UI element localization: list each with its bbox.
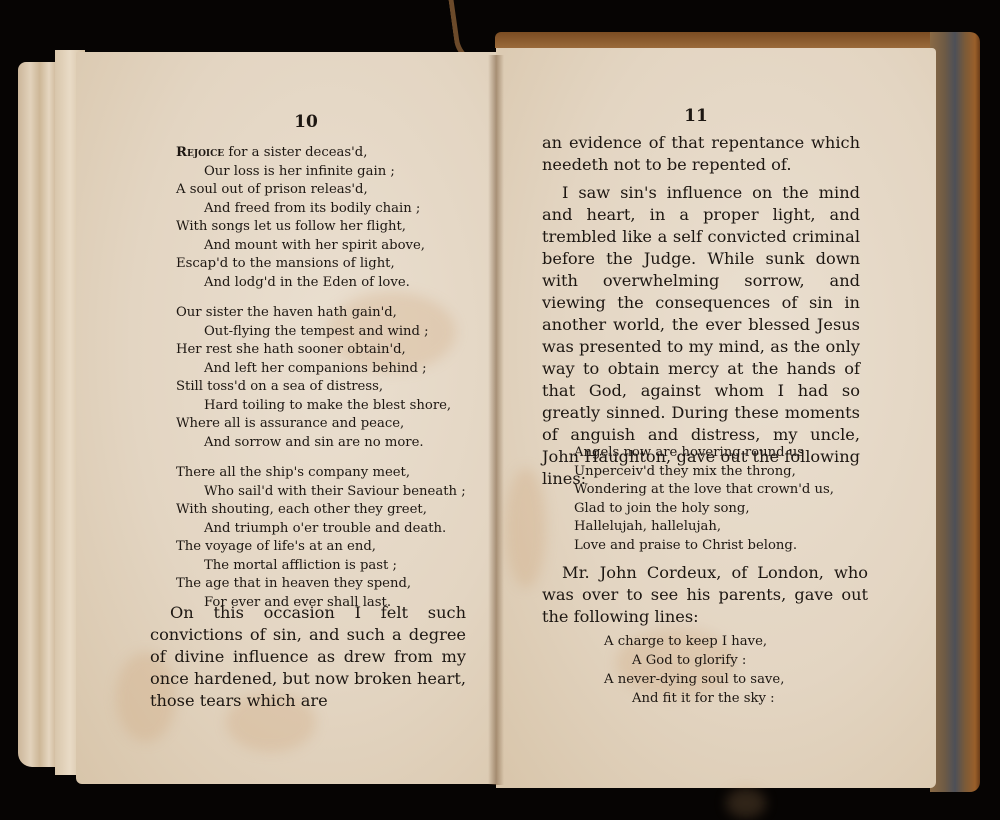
- hymn-line: Glad to join the holy song,: [574, 500, 834, 519]
- right-page: 11 an evidence of that repentance which …: [496, 48, 936, 788]
- poem-line: Out-flying the tempest and wind ;: [176, 323, 466, 342]
- poem-line: With shouting, each other they greet,: [176, 501, 466, 520]
- poem-line: The mortal affliction is past ;: [176, 557, 466, 576]
- poem-line: Hard toiling to make the blest shore,: [176, 397, 466, 416]
- poem-line: And freed from its bodily chain ;: [176, 200, 466, 219]
- hymn-angels: Angels now are hovering round us Unperce…: [574, 444, 834, 556]
- poem-line: And sorrow and sin are no more.: [176, 434, 466, 453]
- poem-line: Escap'd to the mansions of light,: [176, 255, 466, 274]
- page-number: 10: [276, 112, 336, 132]
- paragraph-text: an evidence of that repentance which nee…: [542, 132, 860, 176]
- prose-paragraph: On this occasion I felt such convictions…: [150, 602, 466, 712]
- prose-block: Mr. John Cordeux, of London, who was ove…: [542, 562, 868, 628]
- hymn-line: A never-dying soul to save,: [604, 670, 784, 689]
- paper-stain: [506, 468, 546, 588]
- poem-line: Where all is assurance and peace,: [176, 415, 466, 434]
- poem-line: Her rest she hath sooner obtain'd,: [176, 341, 466, 360]
- hymn-line: Unperceiv'd they mix the throng,: [574, 463, 834, 482]
- hymn-line: Hallelujah, hallelujah,: [574, 518, 834, 537]
- paragraph-text: Mr. John Cordeux, of London, who was ove…: [542, 562, 868, 628]
- left-page: 10 Rejoice for a sister deceas'd, Our lo…: [76, 52, 496, 784]
- stanza-break: [176, 452, 466, 464]
- hymn-line: A charge to keep I have,: [604, 632, 784, 651]
- prose-block: an evidence of that repentance which nee…: [542, 132, 860, 490]
- poem-line: The voyage of life's at an end,: [176, 538, 466, 557]
- poem-line: Still toss'd on a sea of distress,: [176, 378, 466, 397]
- hymn-line: A God to glorify :: [604, 651, 784, 670]
- book-gutter: [488, 55, 504, 785]
- stanza-break: [176, 292, 466, 304]
- poem-line: A soul out of prison releas'd,: [176, 181, 466, 200]
- poem-line: Who sail'd with their Saviour beneath ;: [176, 483, 466, 502]
- paragraph-text: On this occasion I felt such convictions…: [150, 602, 466, 712]
- poem-line: There all the ship's company meet,: [176, 464, 466, 483]
- book-cover-top-edge: [495, 32, 965, 48]
- hymn-line: And fit it for the sky :: [604, 689, 784, 708]
- hymn-line: Wondering at the love that crown'd us,: [574, 481, 834, 500]
- poem-line: With songs let us follow her flight,: [176, 218, 466, 237]
- hymn-line: Angels now are hovering round us: [574, 444, 834, 463]
- poem-line: And triumph o'er trouble and death.: [176, 520, 466, 539]
- poem-line: And mount with her spirit above,: [176, 237, 466, 256]
- page-number: 11: [666, 106, 726, 126]
- poem-line: Rejoice for a sister deceas'd,: [176, 144, 466, 163]
- poem-line: Our sister the haven hath gain'd,: [176, 304, 466, 323]
- hymn-line: Love and praise to Christ belong.: [574, 537, 834, 556]
- poem: Rejoice for a sister deceas'd, Our loss …: [176, 144, 466, 612]
- poem-line: Our loss is her infinite gain ;: [176, 163, 466, 182]
- poem-line: And left her companions behind ;: [176, 360, 466, 379]
- hymn-charge: A charge to keep I have, A God to glorif…: [604, 632, 784, 708]
- poem-line: The age that in heaven they spend,: [176, 575, 466, 594]
- book-cover-right-edge: [930, 32, 980, 792]
- poem-line: And lodg'd in the Eden of love.: [176, 274, 466, 293]
- paper-stain: [726, 788, 766, 818]
